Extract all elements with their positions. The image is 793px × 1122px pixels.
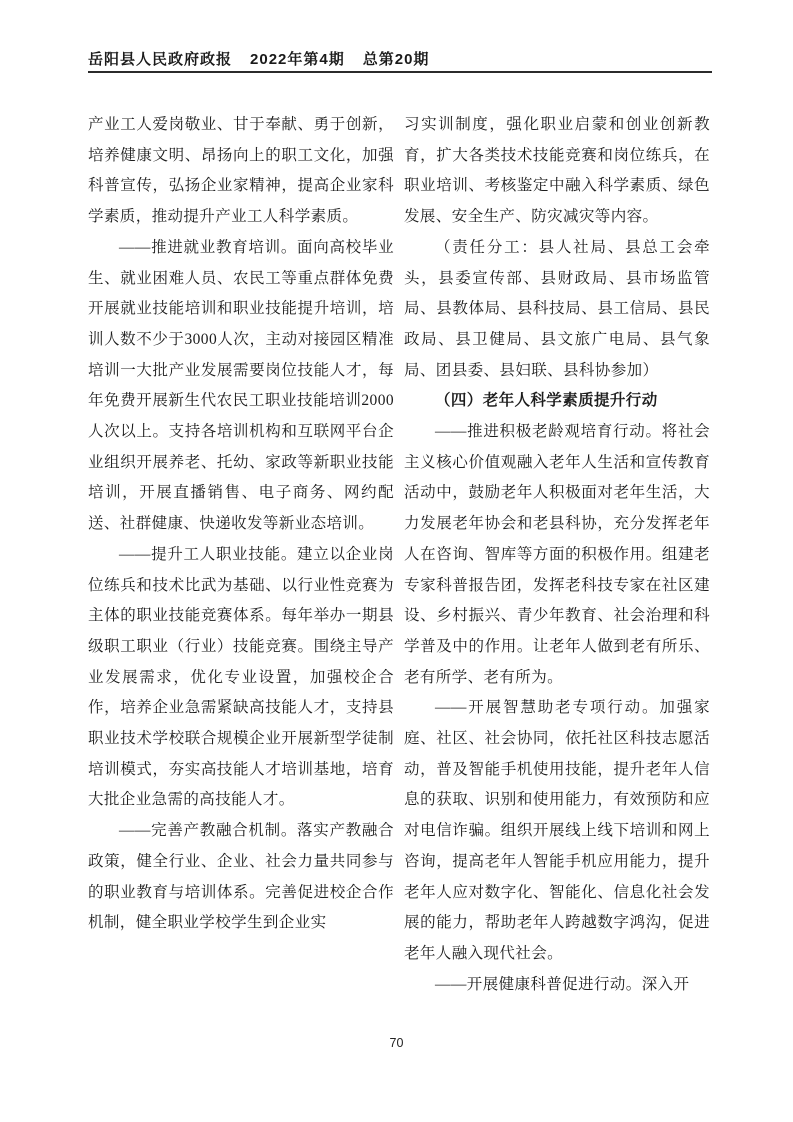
section-heading: （四）老年人科学素质提升行动 [404, 386, 710, 417]
page-number: 70 [390, 1036, 404, 1050]
paragraph-dash-item: ——完善产教融合机制。落实产教融合政策，健全行业、企业、社会力量共同参与的职业教… [88, 816, 394, 939]
issue-number: 2022年第4期 [250, 51, 345, 68]
paragraph-dash-item: ——提升工人职业技能。建立以企业岗位练兵和技术比武为基础、以行业性竞赛为主体的职… [88, 540, 394, 816]
header-rule [88, 71, 712, 73]
paragraph-responsibility: （责任分工：县人社局、县总工会牵头，县委宣传部、县财政局、县市场监管局、县教体局… [404, 233, 710, 387]
paragraph-dash-item: ——开展智慧助老专项行动。加强家庭、社区、社会协同，依托社区科技志愿活动，普及智… [404, 693, 710, 969]
paragraph-dash-item: ——推进就业教育培训。面向高校毕业生、就业困难人员、农民工等重点群体免费开展就业… [88, 233, 394, 540]
paragraph-dash-item: ——推进积极老龄观培育行动。将社会主义核心价值观融入老年人生活和宣传教育活动中，… [404, 417, 710, 693]
cumulative-issue-number: 总第20期 [363, 51, 430, 68]
journal-title: 岳阳县人民政府政报 [88, 51, 232, 68]
gazette-page: 岳阳县人民政府政报2022年第4期总第20期 产业工人爱岗敬业、甘于奉献、勇于创… [0, 0, 793, 1122]
paragraph-dash-item: ——开展健康科普促进行动。深入开 [404, 970, 710, 1001]
page-footer: 70 [0, 1036, 793, 1050]
paragraph-continuation: 习实训制度，强化职业启蒙和创业创新教育，扩大各类技术技能竞赛和岗位练兵，在职业培… [404, 110, 710, 233]
left-column: 产业工人爱岗敬业、甘于奉献、勇于创新，培养健康文明、昂扬向上的职工文化，加强科普… [88, 110, 394, 939]
paragraph-continuation: 产业工人爱岗敬业、甘于奉献、勇于创新，培养健康文明、昂扬向上的职工文化，加强科普… [88, 110, 394, 233]
right-column: 习实训制度，强化职业启蒙和创业创新教育，扩大各类技术技能竞赛和岗位练兵，在职业培… [404, 110, 710, 1000]
running-head: 岳阳县人民政府政报2022年第4期总第20期 [88, 48, 712, 69]
